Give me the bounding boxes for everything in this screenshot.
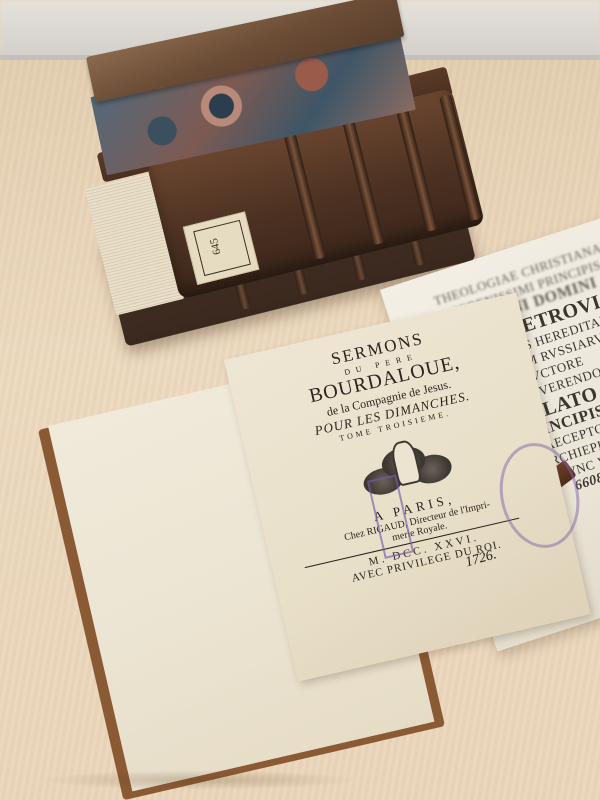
open-book: SERMONS DU PERE BOURDALOUE, de la Compag… — [38, 330, 558, 800]
spine-rib — [342, 118, 385, 245]
spine-rib — [395, 105, 438, 232]
book-shadow — [40, 770, 360, 790]
photo-scene: 645 THEOLOGIAE CHRISTIANAE SERENISSIMI P… — [0, 0, 600, 800]
spine-rib — [284, 133, 327, 260]
spine-label: 645 — [183, 211, 260, 285]
